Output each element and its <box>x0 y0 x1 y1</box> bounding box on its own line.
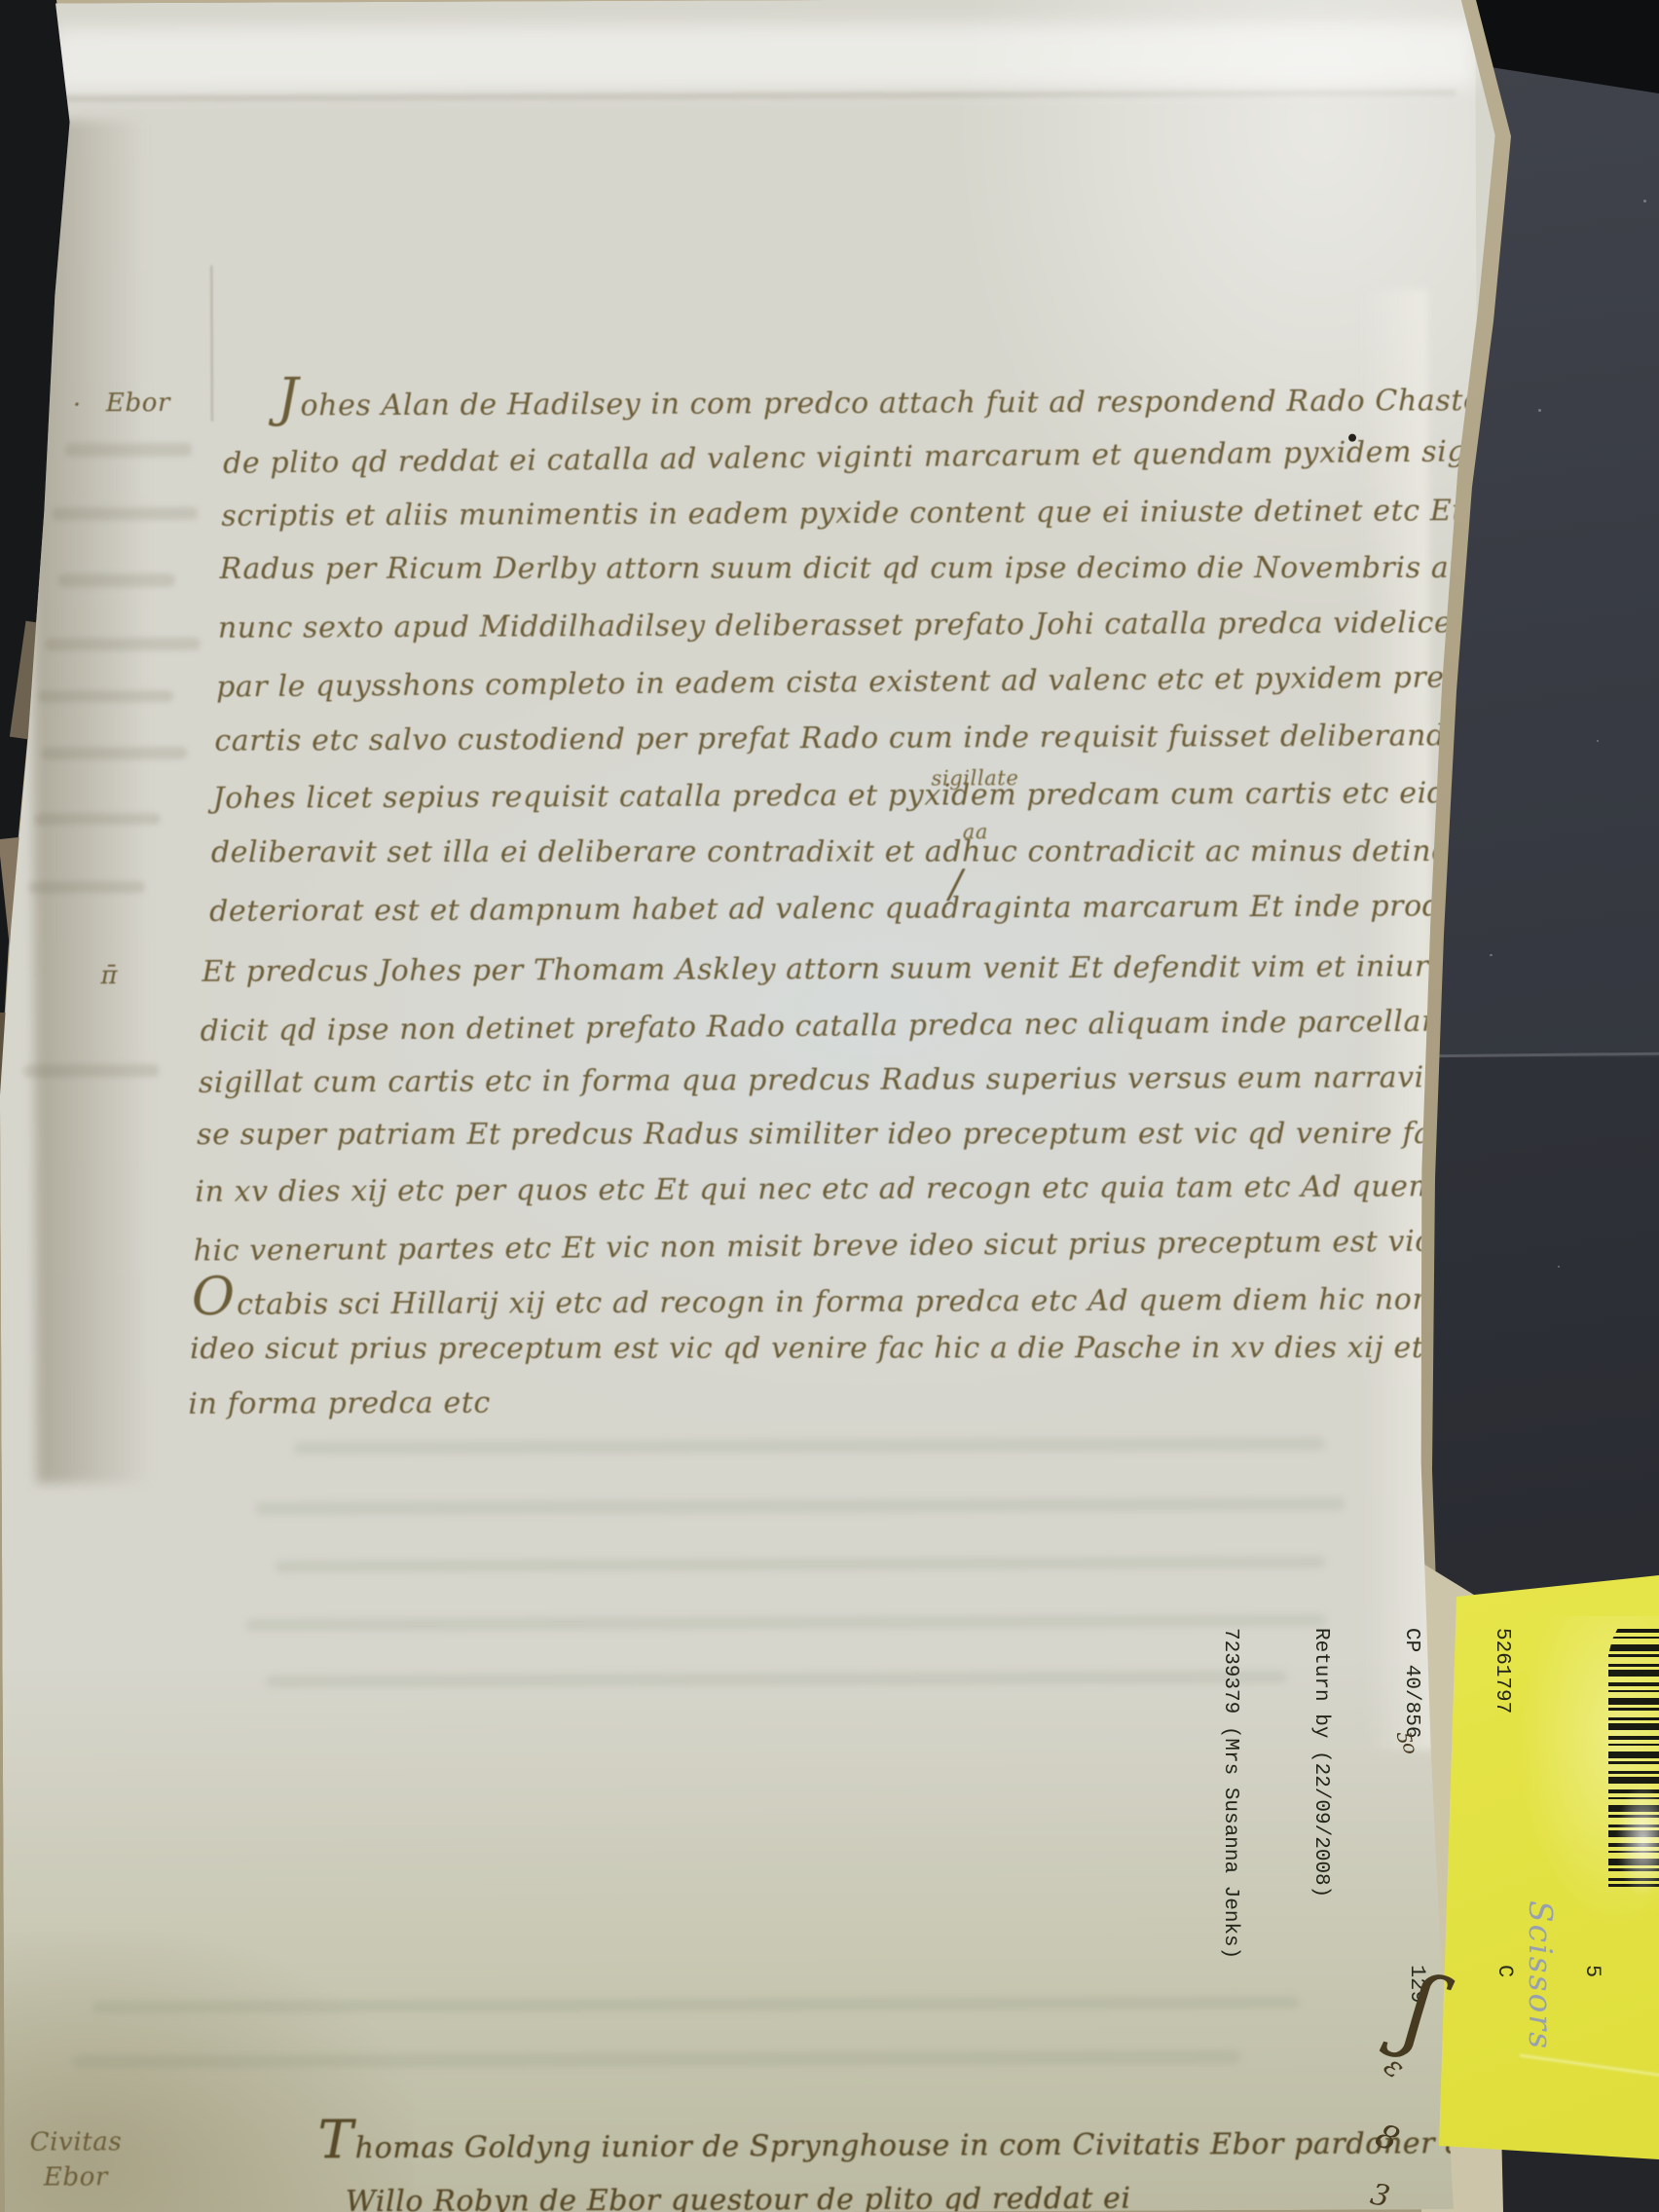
page-vertical-crease <box>210 266 213 422</box>
manuscript-line: de plito qd reddat ei catalla ad valenc … <box>223 432 1659 481</box>
ink-offset-smudge <box>52 507 198 521</box>
ticket-return-by-date: Return by (22/09/2008) <box>1306 1628 1336 2008</box>
dust-speck <box>1597 740 1599 742</box>
page-left-margin-shadow <box>31 120 154 1484</box>
show-through-line <box>255 1497 1346 1516</box>
manuscript-line: cartis etc salvo custodiend per prefat R… <box>214 718 1637 757</box>
dust-speck <box>1538 409 1541 412</box>
ticket-document-reference: CP 40/856 <box>1396 1628 1426 2008</box>
photograph-medieval-plea-roll: { "scene": "Photograph of a membrane of … <box>0 0 1659 2212</box>
manuscript-line: nunc sexto apud Middilhadilsey deliberas… <box>218 605 1659 645</box>
show-through-line <box>293 1437 1325 1456</box>
manuscript-line: Radus per Ricum Derlby attorn suum dicit… <box>220 551 1659 586</box>
ink-offset-smudge <box>58 573 175 588</box>
show-through-line <box>275 1556 1326 1573</box>
dust-speck <box>1558 1266 1560 1268</box>
archive-box-lower-panel <box>1421 1057 1659 1595</box>
show-through-line <box>72 2050 1240 2068</box>
margin-dot: · <box>73 390 82 420</box>
manuscript-line: Johes Alan de Hadilsey in com predco att… <box>277 378 1659 423</box>
shelf-mark: 5 <box>1577 1965 1606 2033</box>
ink-offset-smudge <box>41 747 187 760</box>
manuscript-line: Willo Robyn de Ebor questour de plito qd… <box>346 2182 1131 2212</box>
manuscript-line: scriptis et aliis munimentis in eadem py… <box>221 493 1635 533</box>
interlinear-insertion-small: aa <box>963 820 988 843</box>
ticket-shelf-marks: 5 C 129 <box>1575 1965 1659 2033</box>
show-through-line <box>92 1996 1299 2013</box>
page-top-crease <box>54 91 1456 100</box>
dust-speck <box>1643 200 1646 203</box>
ink-offset-smudge <box>65 443 192 458</box>
ink-offset-smudge <box>45 638 201 651</box>
ink-offset-smudge <box>34 813 161 826</box>
edge-ink-mark: ƽo <box>1396 1729 1423 1755</box>
manuscript-line: in xv dies xij etc per quos etc Et qui n… <box>195 1169 1522 1209</box>
barcode-reflection <box>1616 1782 1659 1899</box>
manuscript-line: Octabis sci Hillarij xij etc ad recogn i… <box>192 1276 1637 1321</box>
ink-offset-smudge <box>28 881 145 894</box>
margin-note-city: Ebor <box>44 2162 108 2192</box>
margin-note-county: Ebor <box>106 388 170 418</box>
ink-offset-smudge <box>23 1064 160 1078</box>
ink-offset-smudge <box>37 690 173 703</box>
ticket-handwritten-note: Scissors <box>1505 1900 1560 2095</box>
manuscript-line: in forma predca etc <box>188 1386 491 1421</box>
dust-speck <box>1490 954 1493 956</box>
page-top-curl-highlight <box>54 22 1475 92</box>
margin-note-city: Civitas <box>30 2127 123 2157</box>
caret-mark: ∕ <box>949 862 963 906</box>
show-through-line <box>245 1614 1326 1632</box>
interlinear-insertion: sigillate <box>931 766 1018 790</box>
ticket-reader-name: 7239379 (Mrs Susanna Jenks) <box>1215 1628 1245 2008</box>
show-through-line <box>266 1671 1288 1688</box>
margin-mark: π̄ <box>100 961 118 990</box>
